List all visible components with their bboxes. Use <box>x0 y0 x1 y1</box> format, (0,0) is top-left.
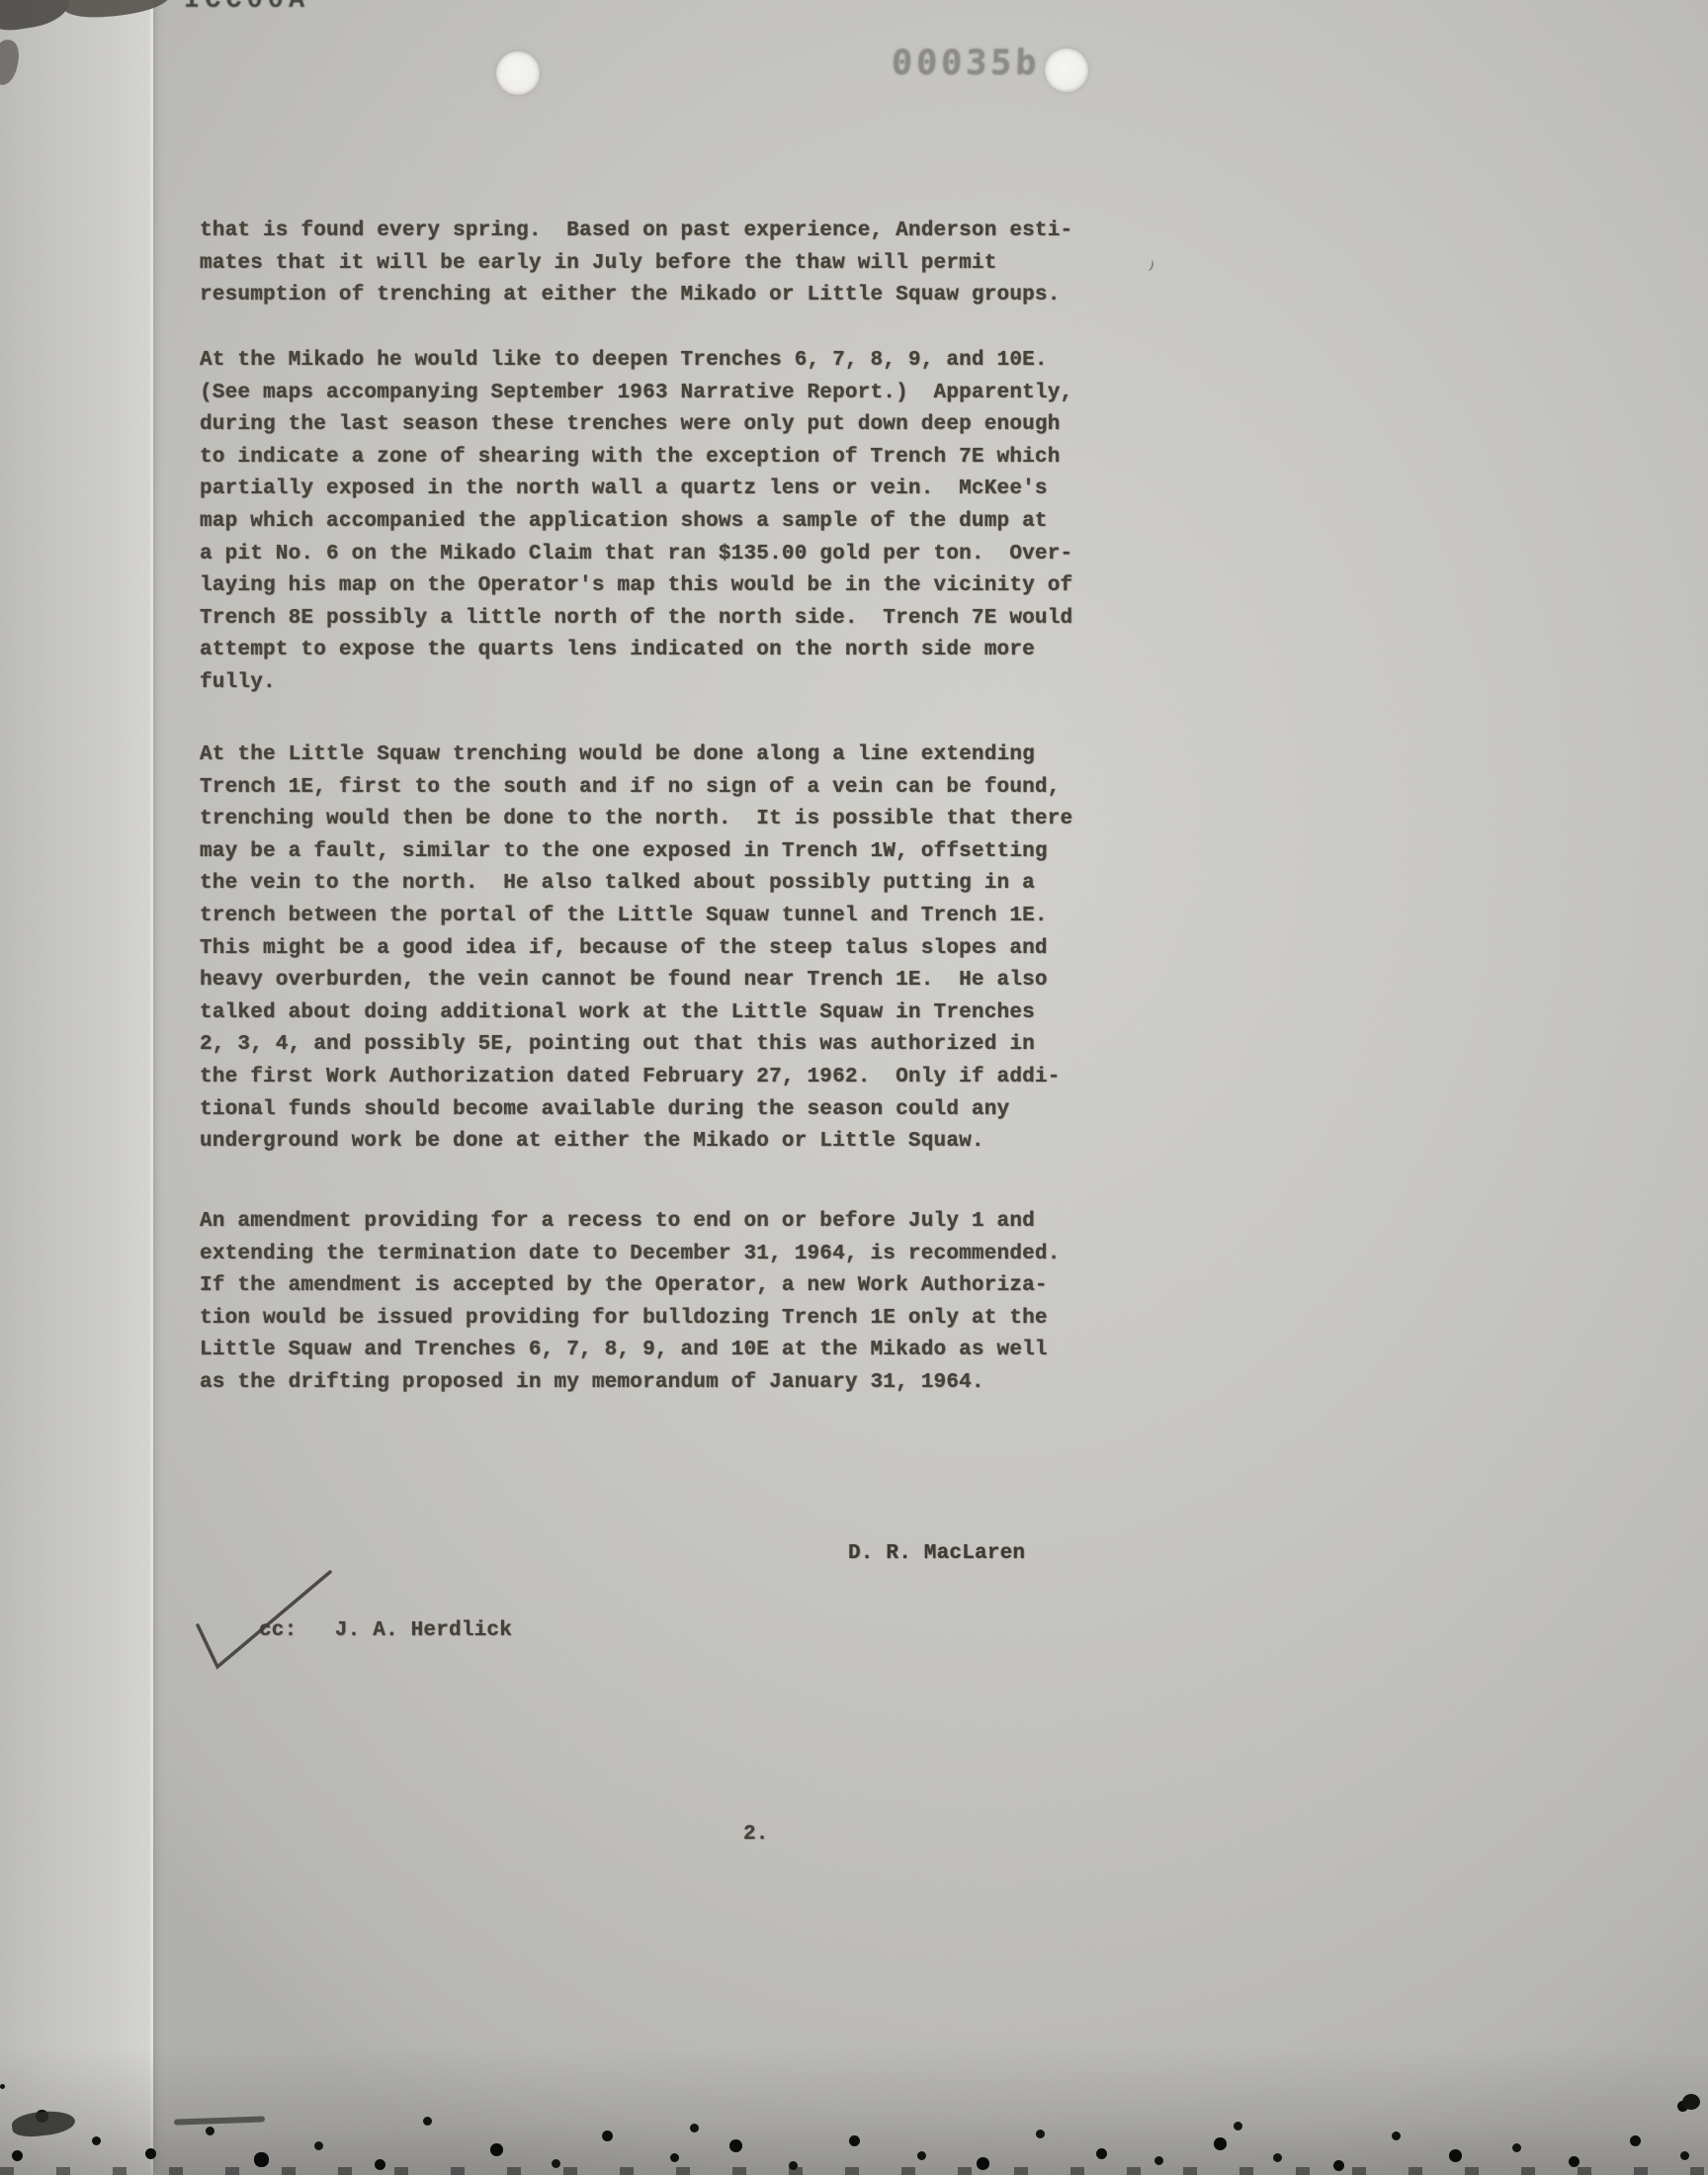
handwritten-checkmark-icon <box>146 1564 344 1683</box>
letter-paragraph-4: An amendment providing for a recess to e… <box>200 1206 1109 1400</box>
scan-edge-marks <box>0 2167 1708 2175</box>
letter-paragraph-1: that is found every spring. Based on pas… <box>200 216 1109 312</box>
punch-hole-right <box>1045 48 1088 92</box>
scan-speckles <box>0 2084 5 2089</box>
letter-paragraph-3: At the Little Squaw trenching would be d… <box>200 739 1109 1159</box>
document-number-stamp: 00035b <box>891 43 1041 83</box>
cropped-stamp-fragment: ICC00A <box>184 0 372 17</box>
punch-hole-left <box>496 51 540 95</box>
signature-name: D. R. MacLaren <box>848 1538 1025 1571</box>
letter-paragraph-2: At the Mikado he would like to deepen Tr… <box>200 345 1109 700</box>
scan-blot <box>1682 2094 1700 2110</box>
scan-bottom-shade <box>0 2046 1708 2175</box>
scan-artifact-mark <box>1143 258 1154 272</box>
paper-left-crease <box>0 0 153 2175</box>
page-number: 2. <box>743 1819 769 1852</box>
scanned-document-page: ICC00A 00035b that is found every spring… <box>0 0 1708 2175</box>
